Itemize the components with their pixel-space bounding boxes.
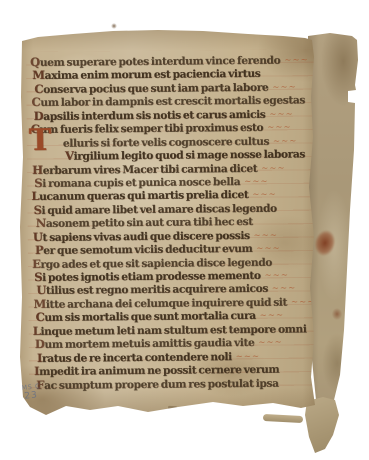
manuscript-photo: T Quem superare potes interdum vince fer… [0,0,369,460]
text-block: Quem superare potes interdum vince feren… [32,48,327,387]
ink-speck [168,406,177,409]
pencil-annotation-folio-number: 23 [24,391,42,402]
ink-speck [113,411,125,415]
line-text: Fac sumptum propere dum res postulat ips… [36,377,278,391]
ink-speck [111,23,117,29]
illuminated-initial: T [29,126,52,156]
pencil-annotation: MS C 23 [21,382,42,402]
manuscript-leaf: T Quem superare potes interdum vince fer… [18,27,321,419]
manuscript-line: Fac sumptum propere dum res postulat ips… [36,371,327,387]
parchment-sliver [263,414,303,423]
ink-stain [330,306,344,322]
